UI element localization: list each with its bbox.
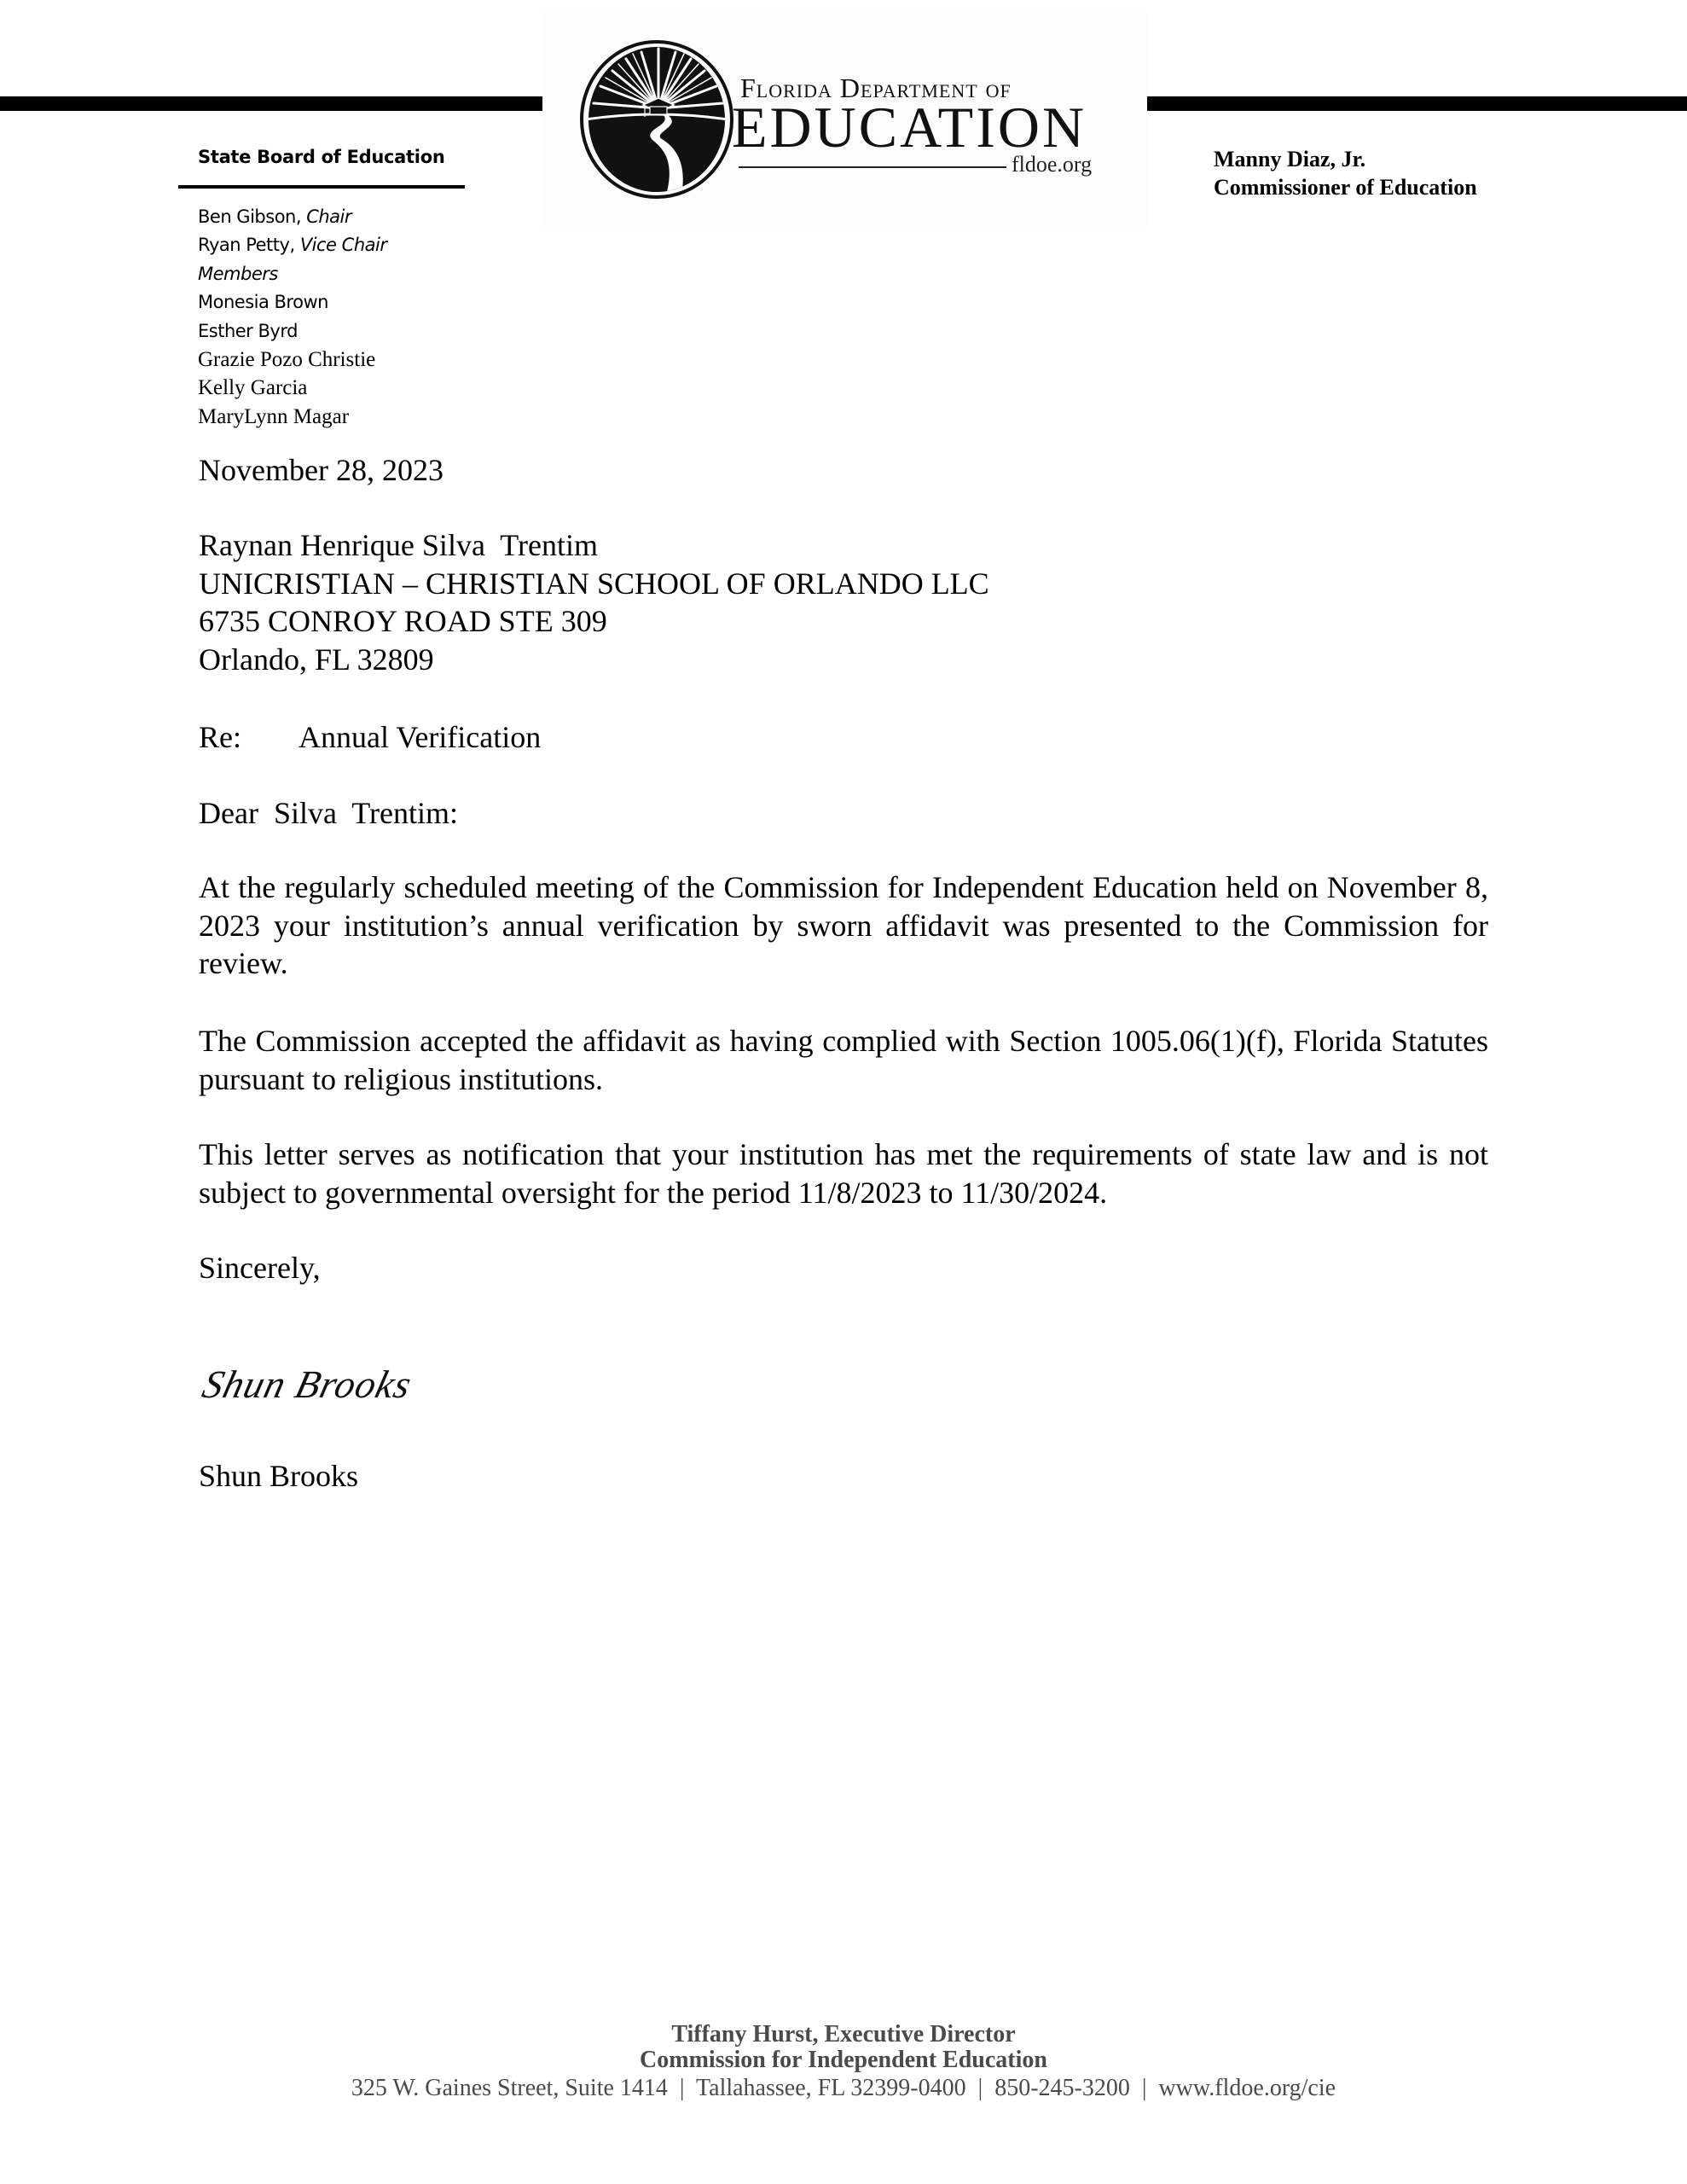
- board-member: Esther Byrd: [198, 317, 386, 346]
- signature-icon: Shun Brooks: [199, 1356, 420, 1416]
- board-member-name: Monesia Brown: [198, 292, 328, 312]
- svg-text:Shun Brooks: Shun Brooks: [199, 1363, 416, 1407]
- board-member-role: Members: [198, 264, 278, 284]
- recipient-address-block: Raynan Henrique Silva Trentim UNICRISTIA…: [199, 526, 989, 678]
- board-member: Ryan Petty, Vice Chair: [198, 231, 386, 259]
- footer-director: Tiffany Hurst, Executive Director: [0, 2022, 1687, 2047]
- state-board-title: State Board of Education: [198, 147, 444, 167]
- logo-rule: [739, 166, 1006, 168]
- footer-contact: 325 W. Gaines Street, Suite 1414 | Talla…: [0, 2073, 1687, 2104]
- recipient-street: 6735 CONROY ROAD STE 309: [199, 602, 989, 641]
- handwritten-signature: Shun Brooks: [199, 1356, 420, 1420]
- recipient-name: Raynan Henrique Silva Trentim: [199, 526, 989, 565]
- board-member: MaryLynn Magar: [198, 403, 386, 431]
- letter-date: November 28, 2023: [199, 451, 443, 490]
- board-member: Ben Gibson, Chair: [198, 203, 386, 231]
- recipient-organization: UNICRISTIAN – CHRISTIAN SCHOOL OF ORLAND…: [199, 565, 989, 603]
- board-member-role: Vice Chair: [300, 235, 387, 255]
- subject-text: Annual Verification: [299, 720, 541, 754]
- fldoe-logo: Florida Department of EDUCATION fldoe.or…: [542, 13, 1147, 226]
- recipient-city-state-zip: Orlando, FL 32809: [199, 641, 989, 679]
- sunrise-road-emblem-icon: [580, 40, 733, 199]
- subject-line: Re:Annual Verification: [199, 718, 966, 757]
- signer-name: Shun Brooks: [199, 1457, 358, 1496]
- board-member: Members: [198, 260, 386, 288]
- commissioner-title: Commissioner of Education: [1214, 173, 1477, 201]
- board-member-name: Esther Byrd: [198, 321, 298, 341]
- board-member-name: MaryLynn Magar: [198, 405, 349, 428]
- commissioner-block: Manny Diaz, Jr. Commissioner of Educatio…: [1214, 145, 1477, 201]
- board-member-name: Ryan Petty,: [198, 235, 300, 255]
- board-member: Grazie Pozo Christie: [198, 346, 386, 374]
- footer-commission: Commission for Independent Education: [0, 2047, 1687, 2073]
- logo-url: fldoe.org: [1012, 152, 1092, 177]
- board-member-name: Kelly Garcia: [198, 376, 307, 399]
- paragraph-acceptance: The Commission accepted the affidavit as…: [199, 1022, 1488, 1098]
- header-bar-right: [1147, 96, 1687, 111]
- board-member: Kelly Garcia: [198, 374, 386, 402]
- letterhead-footer: Tiffany Hurst, Executive Director Commis…: [0, 2022, 1687, 2104]
- paragraph-notification: This letter serves as notification that …: [199, 1136, 1488, 1211]
- closing: Sincerely,: [199, 1249, 321, 1287]
- salutation: Dear Silva Trentim:: [199, 794, 458, 833]
- board-member-name: Ben Gibson,: [198, 206, 306, 227]
- board-member-name: Grazie Pozo Christie: [198, 348, 375, 371]
- board-member-list: Ben Gibson, ChairRyan Petty, Vice ChairM…: [198, 203, 386, 431]
- paragraph-meeting: At the regularly scheduled meeting of th…: [199, 868, 1488, 983]
- state-board-divider: [178, 185, 465, 189]
- board-member: Monesia Brown: [198, 288, 386, 317]
- header-bar-left: [0, 96, 542, 111]
- commissioner-name: Manny Diaz, Jr.: [1214, 145, 1477, 173]
- subject-label: Re:: [199, 718, 299, 757]
- board-member-role: Chair: [306, 206, 351, 227]
- logo-education-text: EDUCATION: [732, 98, 1087, 156]
